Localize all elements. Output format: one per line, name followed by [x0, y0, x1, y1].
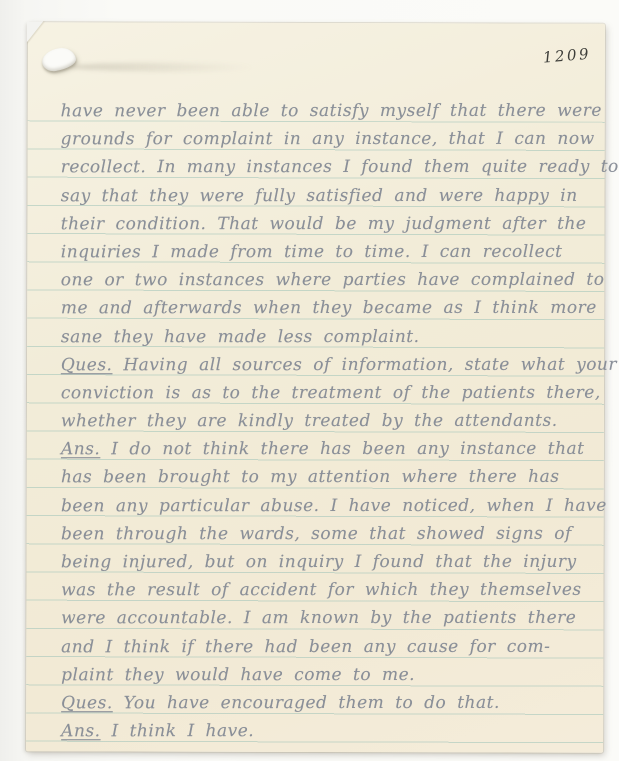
manuscript-line: have never been able to satisfy myself t… — [61, 97, 596, 126]
manuscript-line: conviction is as to the treatment of the… — [61, 379, 596, 408]
manuscript-line: whether they are kindly treated by the a… — [61, 407, 596, 436]
manuscript-line: and I think if there had been any cause … — [61, 632, 596, 661]
manuscript-line: one or two instances where parties have … — [61, 266, 596, 295]
qa-prefix: Ques. — [61, 355, 113, 375]
paper-sheet: 1209 have never been able to satisfy mys… — [26, 22, 605, 753]
scanner-background: 1209 have never been able to satisfy mys… — [0, 0, 619, 761]
manuscript-line: their condition. That would be my judgme… — [61, 210, 596, 239]
page-number: 1209 — [542, 45, 592, 67]
manuscript-line: Ans. I think I have. — [61, 717, 596, 746]
manuscript-line: was the result of accident for which the… — [61, 576, 596, 605]
torn-corner — [27, 21, 57, 47]
manuscript-line: say that they were fully satisfied and w… — [61, 181, 596, 210]
manuscript-line: been through the wards, some that showed… — [61, 520, 596, 549]
paper-tear-hole — [40, 46, 77, 73]
paper-crease — [70, 62, 255, 71]
manuscript-line: inquiries I made from time to time. I ca… — [61, 238, 596, 267]
manuscript-line: grounds for complaint in any instance, t… — [61, 125, 596, 154]
qa-prefix: Ques. — [61, 693, 113, 713]
qa-prefix: Ans. — [61, 721, 100, 741]
manuscript-line: Ques. You have encouraged them to do tha… — [61, 689, 596, 718]
manuscript-line: has been brought to my attention where t… — [61, 463, 596, 492]
handwritten-text: have never been able to satisfy myself t… — [61, 97, 597, 746]
manuscript-line: sane they have made less complaint. — [61, 322, 596, 351]
manuscript-line: been any particular abuse. I have notice… — [61, 491, 596, 520]
manuscript-line: Ans. I do not think there has been any i… — [61, 435, 596, 464]
manuscript-line: recollect. In many instances I found the… — [61, 153, 596, 182]
manuscript-line: me and afterwards when they became as I … — [61, 294, 596, 323]
manuscript-line: plaint they would have come to me. — [61, 661, 596, 690]
manuscript-line: Ques. Having all sources of information,… — [61, 350, 596, 379]
qa-prefix: Ans. — [61, 439, 100, 459]
manuscript-line: being injured, but on inquiry I found th… — [61, 548, 596, 577]
manuscript-line: were accountable. I am known by the pati… — [61, 604, 596, 633]
